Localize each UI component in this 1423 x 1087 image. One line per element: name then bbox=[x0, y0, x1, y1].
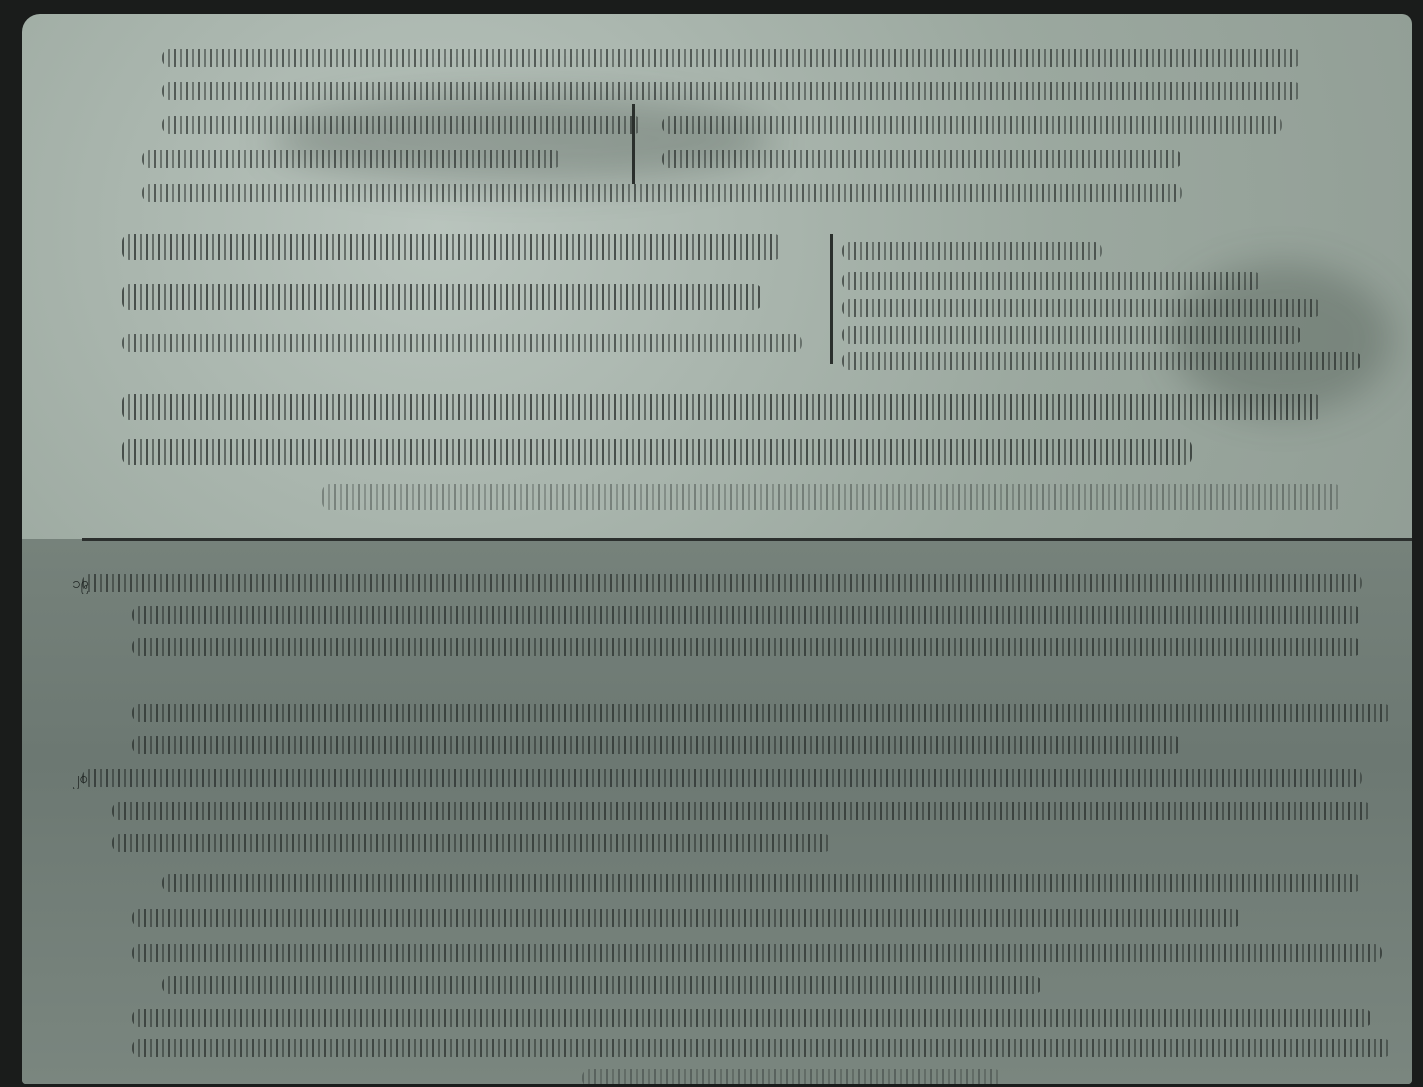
text-line bbox=[162, 82, 1302, 100]
text-line bbox=[162, 976, 1042, 994]
text-line-large bbox=[322, 484, 1342, 510]
text-line bbox=[662, 116, 1282, 134]
text-line bbox=[842, 352, 1362, 370]
text-line bbox=[132, 909, 1242, 927]
text-line bbox=[122, 334, 802, 352]
text-line bbox=[162, 116, 642, 134]
fold-line bbox=[82, 538, 1412, 541]
text-line bbox=[842, 299, 1322, 317]
stain bbox=[272, 94, 772, 184]
margin-mark: ၂၀ bbox=[72, 769, 88, 790]
text-line bbox=[132, 1039, 1392, 1057]
text-line-large bbox=[122, 439, 1192, 465]
text-line bbox=[132, 638, 1362, 656]
text-line bbox=[82, 574, 1362, 592]
margin-mark: ၁၉ bbox=[72, 574, 89, 595]
text-line bbox=[162, 874, 1362, 892]
text-line bbox=[162, 49, 1302, 67]
text-line bbox=[132, 1009, 1372, 1027]
text-line bbox=[132, 736, 1182, 754]
text-line bbox=[142, 184, 1182, 202]
text-line bbox=[662, 150, 1182, 168]
text-line bbox=[132, 944, 1382, 962]
box-divider bbox=[830, 234, 833, 364]
text-line-large bbox=[122, 284, 762, 310]
text-line bbox=[142, 150, 562, 168]
cross-mark bbox=[632, 104, 635, 184]
manuscript-page: ၁၉ ၂၀ bbox=[22, 14, 1412, 1084]
text-line bbox=[842, 272, 1262, 290]
text-line bbox=[132, 606, 1362, 624]
text-line bbox=[112, 802, 1372, 820]
text-line bbox=[112, 834, 832, 852]
text-line bbox=[132, 704, 1392, 722]
text-line-large bbox=[122, 394, 1322, 420]
text-line bbox=[842, 326, 1302, 344]
text-line bbox=[82, 769, 1362, 787]
text-line bbox=[842, 242, 1102, 260]
text-line-large bbox=[122, 234, 782, 260]
text-line bbox=[582, 1069, 1002, 1084]
